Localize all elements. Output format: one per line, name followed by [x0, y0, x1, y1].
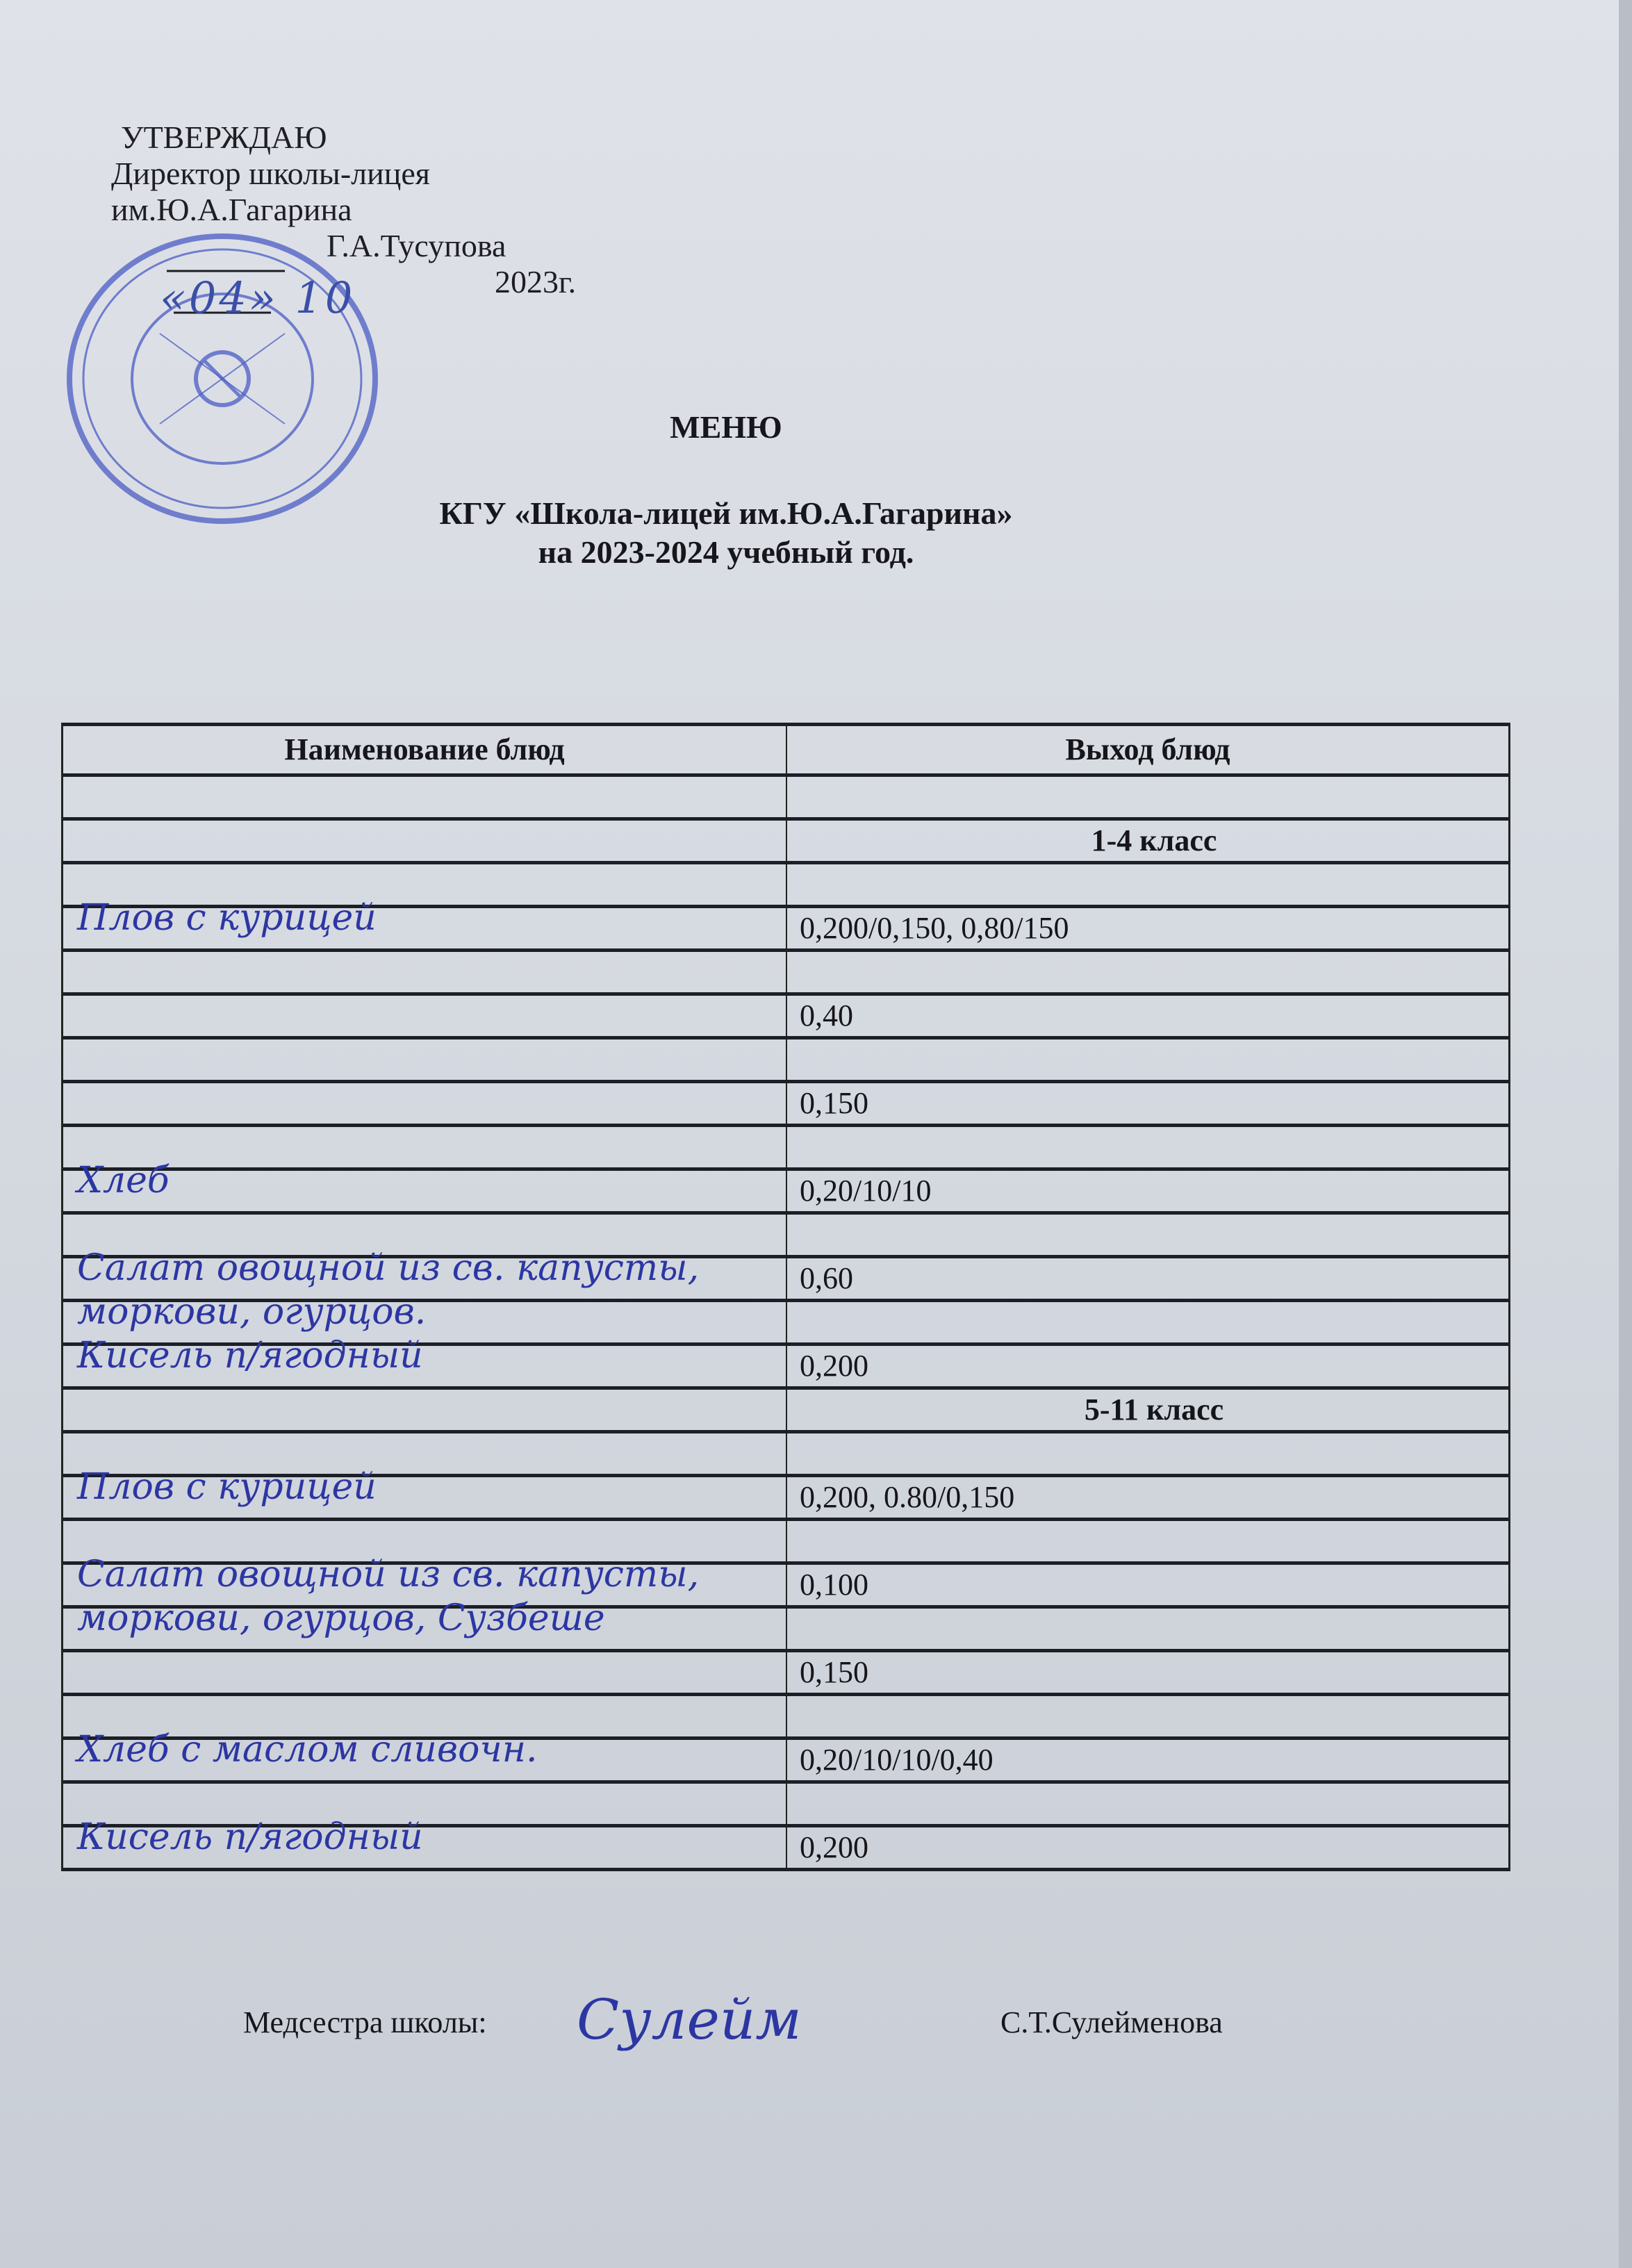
- table-row: Плов с курицей0,200, 0.80/0,150: [63, 1477, 1508, 1521]
- dish-yield: [787, 864, 1508, 905]
- dish-name-cell: Хлеб с маслом сливочн.: [63, 1740, 787, 1780]
- nurse-signature: Сулейм: [577, 1987, 802, 2052]
- dish-name-cell: Кисель п/ягодный: [63, 1827, 787, 1868]
- nurse-name: С.Т.Сулейменова: [1000, 2005, 1223, 2040]
- dish-name-cell: [63, 1083, 787, 1124]
- table-row: Хлеб с маслом сливочн.0,20/10/10/0,40: [63, 1740, 1508, 1784]
- dish-name-cell: [63, 777, 787, 817]
- dish-yield: [787, 1696, 1508, 1736]
- dish-yield: 0,150: [787, 1083, 1508, 1124]
- table-row: Плов с курицей0,200/0,150, 0,80/150: [63, 908, 1508, 952]
- dish-yield: 0,20/10/10: [787, 1171, 1508, 1211]
- dish-name-cell: Плов с курицей: [63, 1477, 787, 1518]
- dish-name: Салат овощной из св. капусты,: [77, 1247, 699, 1289]
- handwritten-date: «04» 10: [160, 272, 355, 323]
- dish-yield: [787, 952, 1508, 992]
- dish-name-cell: Плов с курицей: [63, 908, 787, 948]
- table-row: [63, 952, 1508, 996]
- dish-name-cell: [63, 1127, 787, 1167]
- institution-name: КГУ «Школа-лицей им.Ю.А.Гагарина»: [0, 495, 1535, 532]
- approval-school: им.Ю.А.Гагарина: [111, 192, 576, 228]
- table-row: Кисель п/ягодный0,200: [63, 1346, 1508, 1390]
- dish-yield: 0,200, 0.80/0,150: [787, 1477, 1508, 1518]
- dish-name: Хлеб с маслом сливочн.: [77, 1729, 538, 1770]
- dish-yield: 0,200: [787, 1827, 1508, 1868]
- table-row: моркови, огурцов, Сузбеше: [63, 1609, 1508, 1652]
- dish-yield: [787, 777, 1508, 817]
- dish-yield: [787, 1433, 1508, 1474]
- menu-table: Наименование блюд Выход блюд 1-4 классПл…: [61, 723, 1510, 1871]
- dish-name: Плов с курицей: [77, 1466, 377, 1508]
- header-dish-name: Наименование блюд: [63, 726, 787, 773]
- dish-name-cell: [63, 1039, 787, 1080]
- class-group-label: 1-4 класс: [787, 821, 1508, 861]
- dish-name: Кисель п/ягодный: [77, 1335, 423, 1377]
- dish-name: Хлеб: [77, 1160, 170, 1201]
- dish-yield: 0,20/10/10/0,40: [787, 1740, 1508, 1780]
- approval-heading: УТВЕРЖДАЮ: [111, 120, 576, 156]
- table-row: Кисель п/ягодный0,200: [63, 1827, 1508, 1871]
- dish-name-cell: [63, 1390, 787, 1430]
- header-dish-yield: Выход блюд: [787, 726, 1508, 773]
- table-header-row: Наименование блюд Выход блюд: [63, 723, 1508, 777]
- dish-name-cell: [63, 996, 787, 1036]
- dish-name: Салат овощной из св. капусты,: [77, 1554, 699, 1595]
- dish-name: моркови, огурцов, Сузбеше: [77, 1597, 605, 1639]
- table-row: 0,150: [63, 1083, 1508, 1127]
- dish-name: Плов с курицей: [77, 897, 377, 939]
- dish-yield: [787, 1302, 1508, 1342]
- table-row: Хлеб0,20/10/10: [63, 1171, 1508, 1215]
- dish-name-cell: [63, 821, 787, 861]
- dish-yield: 0,40: [787, 996, 1508, 1036]
- table-row: 0,150: [63, 1652, 1508, 1696]
- dish-yield: [787, 1521, 1508, 1561]
- table-row: [63, 1127, 1508, 1171]
- academic-year: на 2023-2024 учебный год.: [0, 534, 1535, 570]
- dish-yield: 0,200/0,150, 0,80/150: [787, 908, 1508, 948]
- dish-yield: [787, 1127, 1508, 1167]
- dish-yield: 0,200: [787, 1346, 1508, 1386]
- section-row: 1-4 класс: [63, 821, 1508, 864]
- dish-yield: 0,100: [787, 1565, 1508, 1605]
- dish-name-cell: моркови, огурцов, Сузбеше: [63, 1609, 787, 1649]
- dish-yield: [787, 1039, 1508, 1080]
- document-title: МЕНЮ: [0, 409, 1535, 445]
- table-row: [63, 777, 1508, 821]
- approval-position: Директор школы-лицея: [111, 156, 576, 192]
- dish-yield: [787, 1784, 1508, 1824]
- dish-name-cell: [63, 1652, 787, 1693]
- section-row: 5-11 класс: [63, 1390, 1508, 1433]
- nurse-role-label: Медсестра школы:: [243, 2005, 487, 2040]
- dish-yield: [787, 1609, 1508, 1649]
- dish-name: моркови, огурцов.: [77, 1291, 426, 1333]
- dish-yield: 0,60: [787, 1258, 1508, 1299]
- dish-name: Кисель п/ягодный: [77, 1816, 423, 1858]
- table-row: 0,40: [63, 996, 1508, 1039]
- dish-name-cell: Хлеб: [63, 1171, 787, 1211]
- class-group-label: 5-11 класс: [787, 1390, 1508, 1430]
- dish-yield: [787, 1215, 1508, 1255]
- table-row: [63, 1039, 1508, 1083]
- dish-name-cell: Кисель п/ягодный: [63, 1346, 787, 1386]
- dish-name-cell: [63, 952, 787, 992]
- dish-yield: 0,150: [787, 1652, 1508, 1693]
